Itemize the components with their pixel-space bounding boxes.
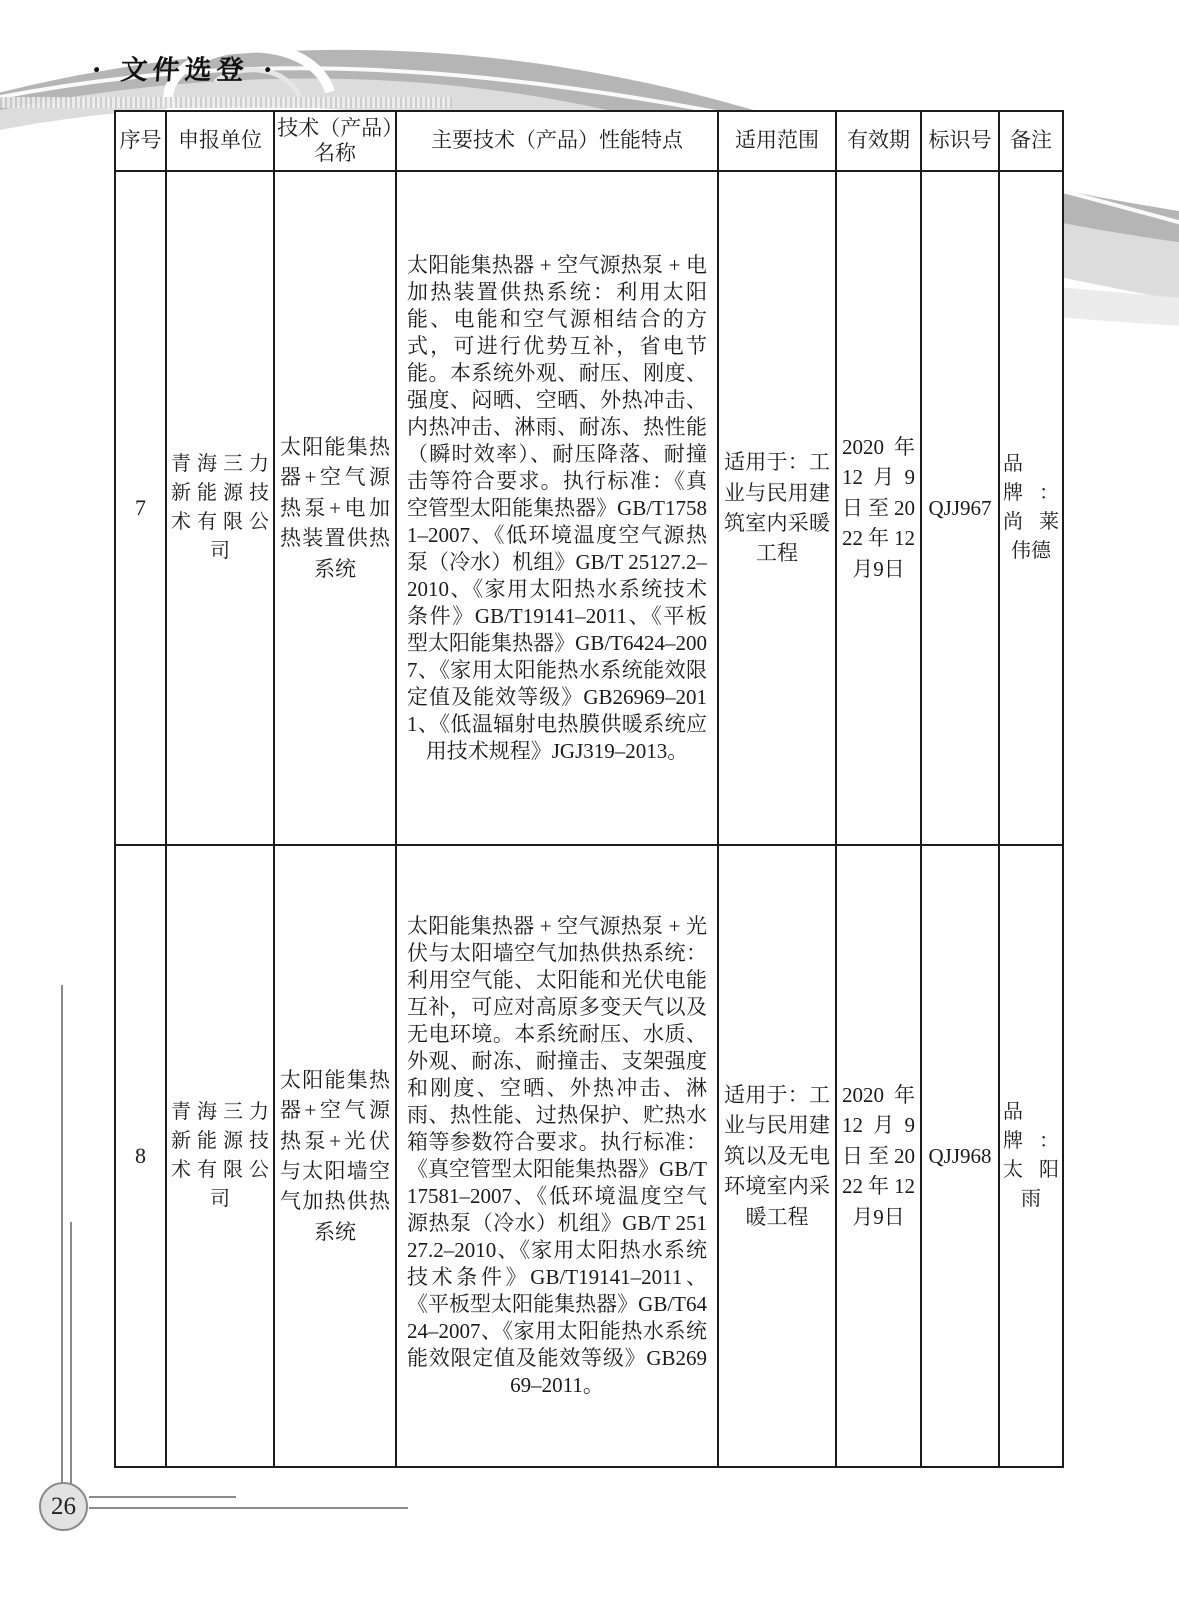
margin-rule-line (70, 1222, 72, 1485)
header-features: 主要技术（产品）性能特点 (396, 111, 718, 171)
header-company: 申报单位 (166, 111, 274, 171)
cell-validity: 2020年12月9日至2022年12月9日 (836, 845, 921, 1467)
cell-company: 青海三力新能源技术有限公司 (166, 845, 274, 1467)
products-table: 序号 申报单位 技术（产品）名称 主要技术（产品）性能特点 适用范围 有效期 标… (114, 110, 1064, 1468)
header-remark: 备注 (999, 111, 1063, 171)
cell-company: 青海三力新能源技术有限公司 (166, 171, 274, 845)
cell-scope: 适用于：工业与民用建筑室内采暖工程 (718, 171, 836, 845)
header-id: 标识号 (921, 111, 999, 171)
cell-scope: 适用于：工业与民用建筑以及无电环境室内采暖工程 (718, 845, 836, 1467)
cell-features: 太阳能集热器 + 空气源热泵 + 电加热装置供热系统：利用太阳能、电能和空气源相… (396, 171, 718, 845)
margin-rule-line (61, 985, 63, 1485)
table-row: 8 青海三力新能源技术有限公司 太阳能集热器+空气源热泵+光伏与太阳墙空气加热供… (115, 845, 1063, 1467)
cell-id-number: QJJ967 (921, 171, 999, 845)
page-number-badge: 26 (39, 1482, 88, 1531)
header-seq: 序号 (115, 111, 166, 171)
cell-product-name: 太阳能集热器+空气源热泵+光伏与太阳墙空气加热供热系统 (274, 845, 396, 1467)
cell-product-name: 太阳能集热器+空气源热泵+电加热装置供热系统 (274, 171, 396, 845)
header-product-name: 技术（产品）名称 (274, 111, 396, 171)
cell-validity: 2020年12月9日至2022年12月9日 (836, 171, 921, 845)
footer-rule-line (89, 1496, 236, 1498)
cell-seq: 8 (115, 845, 166, 1467)
header-scope: 适用范围 (718, 111, 836, 171)
page-title: · 文件选登 · (91, 48, 394, 87)
cell-remark: 品牌：尚莱伟德 (999, 171, 1063, 845)
cell-remark: 品牌：太阳雨 (999, 845, 1063, 1467)
footer-rule-line (89, 1507, 408, 1509)
cell-id-number: QJJ968 (921, 845, 999, 1467)
header-validity: 有效期 (836, 111, 921, 171)
striped-band-decoration (0, 97, 452, 108)
table-header-row: 序号 申报单位 技术（产品）名称 主要技术（产品）性能特点 适用范围 有效期 标… (115, 111, 1063, 171)
table-row: 7 青海三力新能源技术有限公司 太阳能集热器+空气源热泵+电加热装置供热系统 太… (115, 171, 1063, 845)
cell-features: 太阳能集热器 + 空气源热泵 + 光伏与太阳墙空气加热供热系统：利用空气能、太阳… (396, 845, 718, 1467)
cell-seq: 7 (115, 171, 166, 845)
